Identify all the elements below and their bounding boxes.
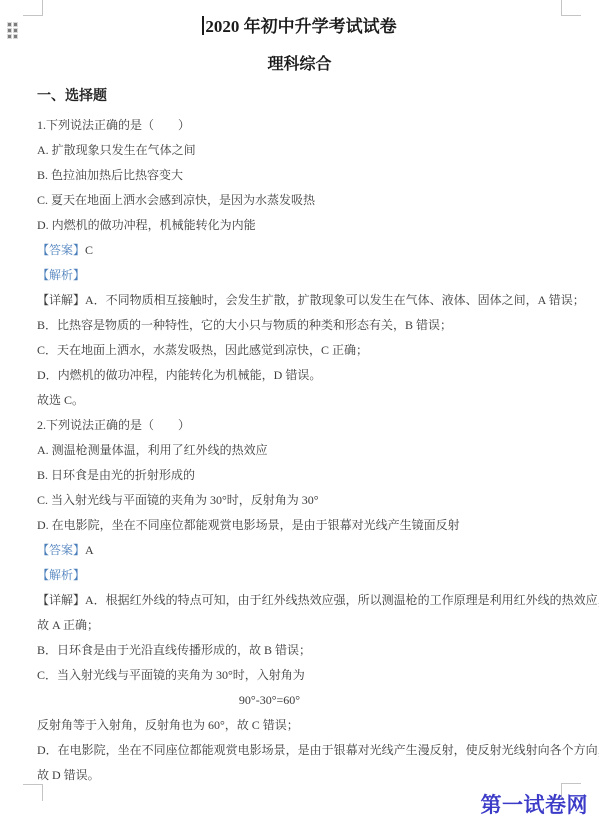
question-1-detail-line-4: D．内燃机的做功冲程，内能转化为机械能，D 错误。 bbox=[37, 363, 562, 388]
question-1-option-c: C. 夏天在地面上洒水会感到凉快，是因为水蒸发吸热 bbox=[37, 188, 562, 213]
analysis-label: 【解析】 bbox=[37, 568, 85, 582]
question-2-detail-line-3: B．日环食是由于光沿直线传播形成的，故 B 错误； bbox=[37, 638, 562, 663]
question-1-option-d: D. 内燃机的做功冲程，机械能转化为内能 bbox=[37, 213, 562, 238]
question-2-detail-line-6: D．在电影院，坐在不同座位都能观赏电影场景，是由于银幕对光线产生漫反射，使反射光… bbox=[37, 738, 562, 763]
document-page: { "document": { "title": "2020 年初中升学考试试卷… bbox=[0, 0, 599, 829]
question-2-answer-line: 【答案】A bbox=[37, 538, 562, 563]
page-subtitle: 理科综合 bbox=[37, 50, 562, 86]
answer-label: 【答案】 bbox=[37, 243, 85, 257]
question-2-formula: 90°-30°=60° bbox=[37, 688, 562, 713]
question-1-answer-line: 【答案】C bbox=[37, 238, 562, 263]
question-1-option-b: B. 色拉油加热后比热容变大 bbox=[37, 163, 562, 188]
question-1-detail-line-1: 【详解】A．不同物质相互接触时，会发生扩散，扩散现象可以发生在气体、液体、固体之… bbox=[37, 288, 562, 313]
analysis-label: 【解析】 bbox=[37, 268, 85, 282]
question-2-detail-line-4: C．当入射光线与平面镜的夹角为 30°时，入射角为 bbox=[37, 663, 562, 688]
question-2-option-c: C. 当入射光线与平面镜的夹角为 30°时，反射角为 30° bbox=[37, 488, 562, 513]
page-title-text: 2020 年初中升学考试试卷 bbox=[205, 17, 396, 36]
question-2-option-a: A. 测温枪测量体温，利用了红外线的热效应 bbox=[37, 438, 562, 463]
question-2-option-b: B. 日环食是由光的折射形成的 bbox=[37, 463, 562, 488]
question-2-analysis-line: 【解析】 bbox=[37, 563, 562, 588]
question-2-conclusion: 故 D 错误。 bbox=[37, 763, 562, 788]
question-2-detail-line-2: 故 A 正确； bbox=[37, 613, 562, 638]
question-1-detail-line-3: C．天在地面上洒水，水蒸发吸热，因此感觉到凉快，C 正确； bbox=[37, 338, 562, 363]
answer-label: 【答案】 bbox=[37, 543, 85, 557]
section-heading: 一、选择题 bbox=[37, 86, 562, 113]
question-2-detail-line-5: 反射角等于入射角，反射角也为 60°，故 C 错误； bbox=[37, 713, 562, 738]
margin-corner-mark-top-right bbox=[561, 0, 581, 16]
question-1-analysis-line: 【解析】 bbox=[37, 263, 562, 288]
detail-label: 【详解】 bbox=[37, 293, 85, 307]
question-1-stem: 1.下列说法正确的是（ ） bbox=[37, 113, 562, 138]
drag-handle-icon[interactable] bbox=[8, 23, 17, 38]
document-content: 2020 年初中升学考试试卷 理科综合 一、选择题 1.下列说法正确的是（ ） … bbox=[37, 12, 562, 788]
page-title: 2020 年初中升学考试试卷 bbox=[37, 12, 562, 50]
question-1-answer-value: C bbox=[85, 243, 93, 257]
question-2-stem: 2.下列说法正确的是（ ） bbox=[37, 413, 562, 438]
detail-label: 【详解】 bbox=[37, 593, 85, 607]
question-2-detail-text-1: A．根据红外线的特点可知，由于红外线热效应强，所以测温枪的工作原理是利用红外线的… bbox=[85, 593, 599, 607]
question-2-answer-value: A bbox=[85, 543, 94, 557]
question-1-conclusion: 故选 C。 bbox=[37, 388, 562, 413]
question-1-option-a: A. 扩散现象只发生在气体之间 bbox=[37, 138, 562, 163]
site-logo[interactable]: 第一试卷网 bbox=[481, 789, 589, 819]
question-1-detail-text-1: A．不同物质相互接触时，会发生扩散，扩散现象可以发生在气体、液体、固体之间，A … bbox=[85, 293, 585, 307]
question-2-detail-line-1: 【详解】A．根据红外线的特点可知，由于红外线热效应强，所以测温枪的工作原理是利用… bbox=[37, 588, 562, 613]
question-2-option-d: D. 在电影院，坐在不同座位都能观赏电影场景，是由于银幕对光线产生镜面反射 bbox=[37, 513, 562, 538]
question-1-detail-line-2: B．比热容是物质的一种特性，它的大小只与物质的种类和形态有关，B 错误； bbox=[37, 313, 562, 338]
